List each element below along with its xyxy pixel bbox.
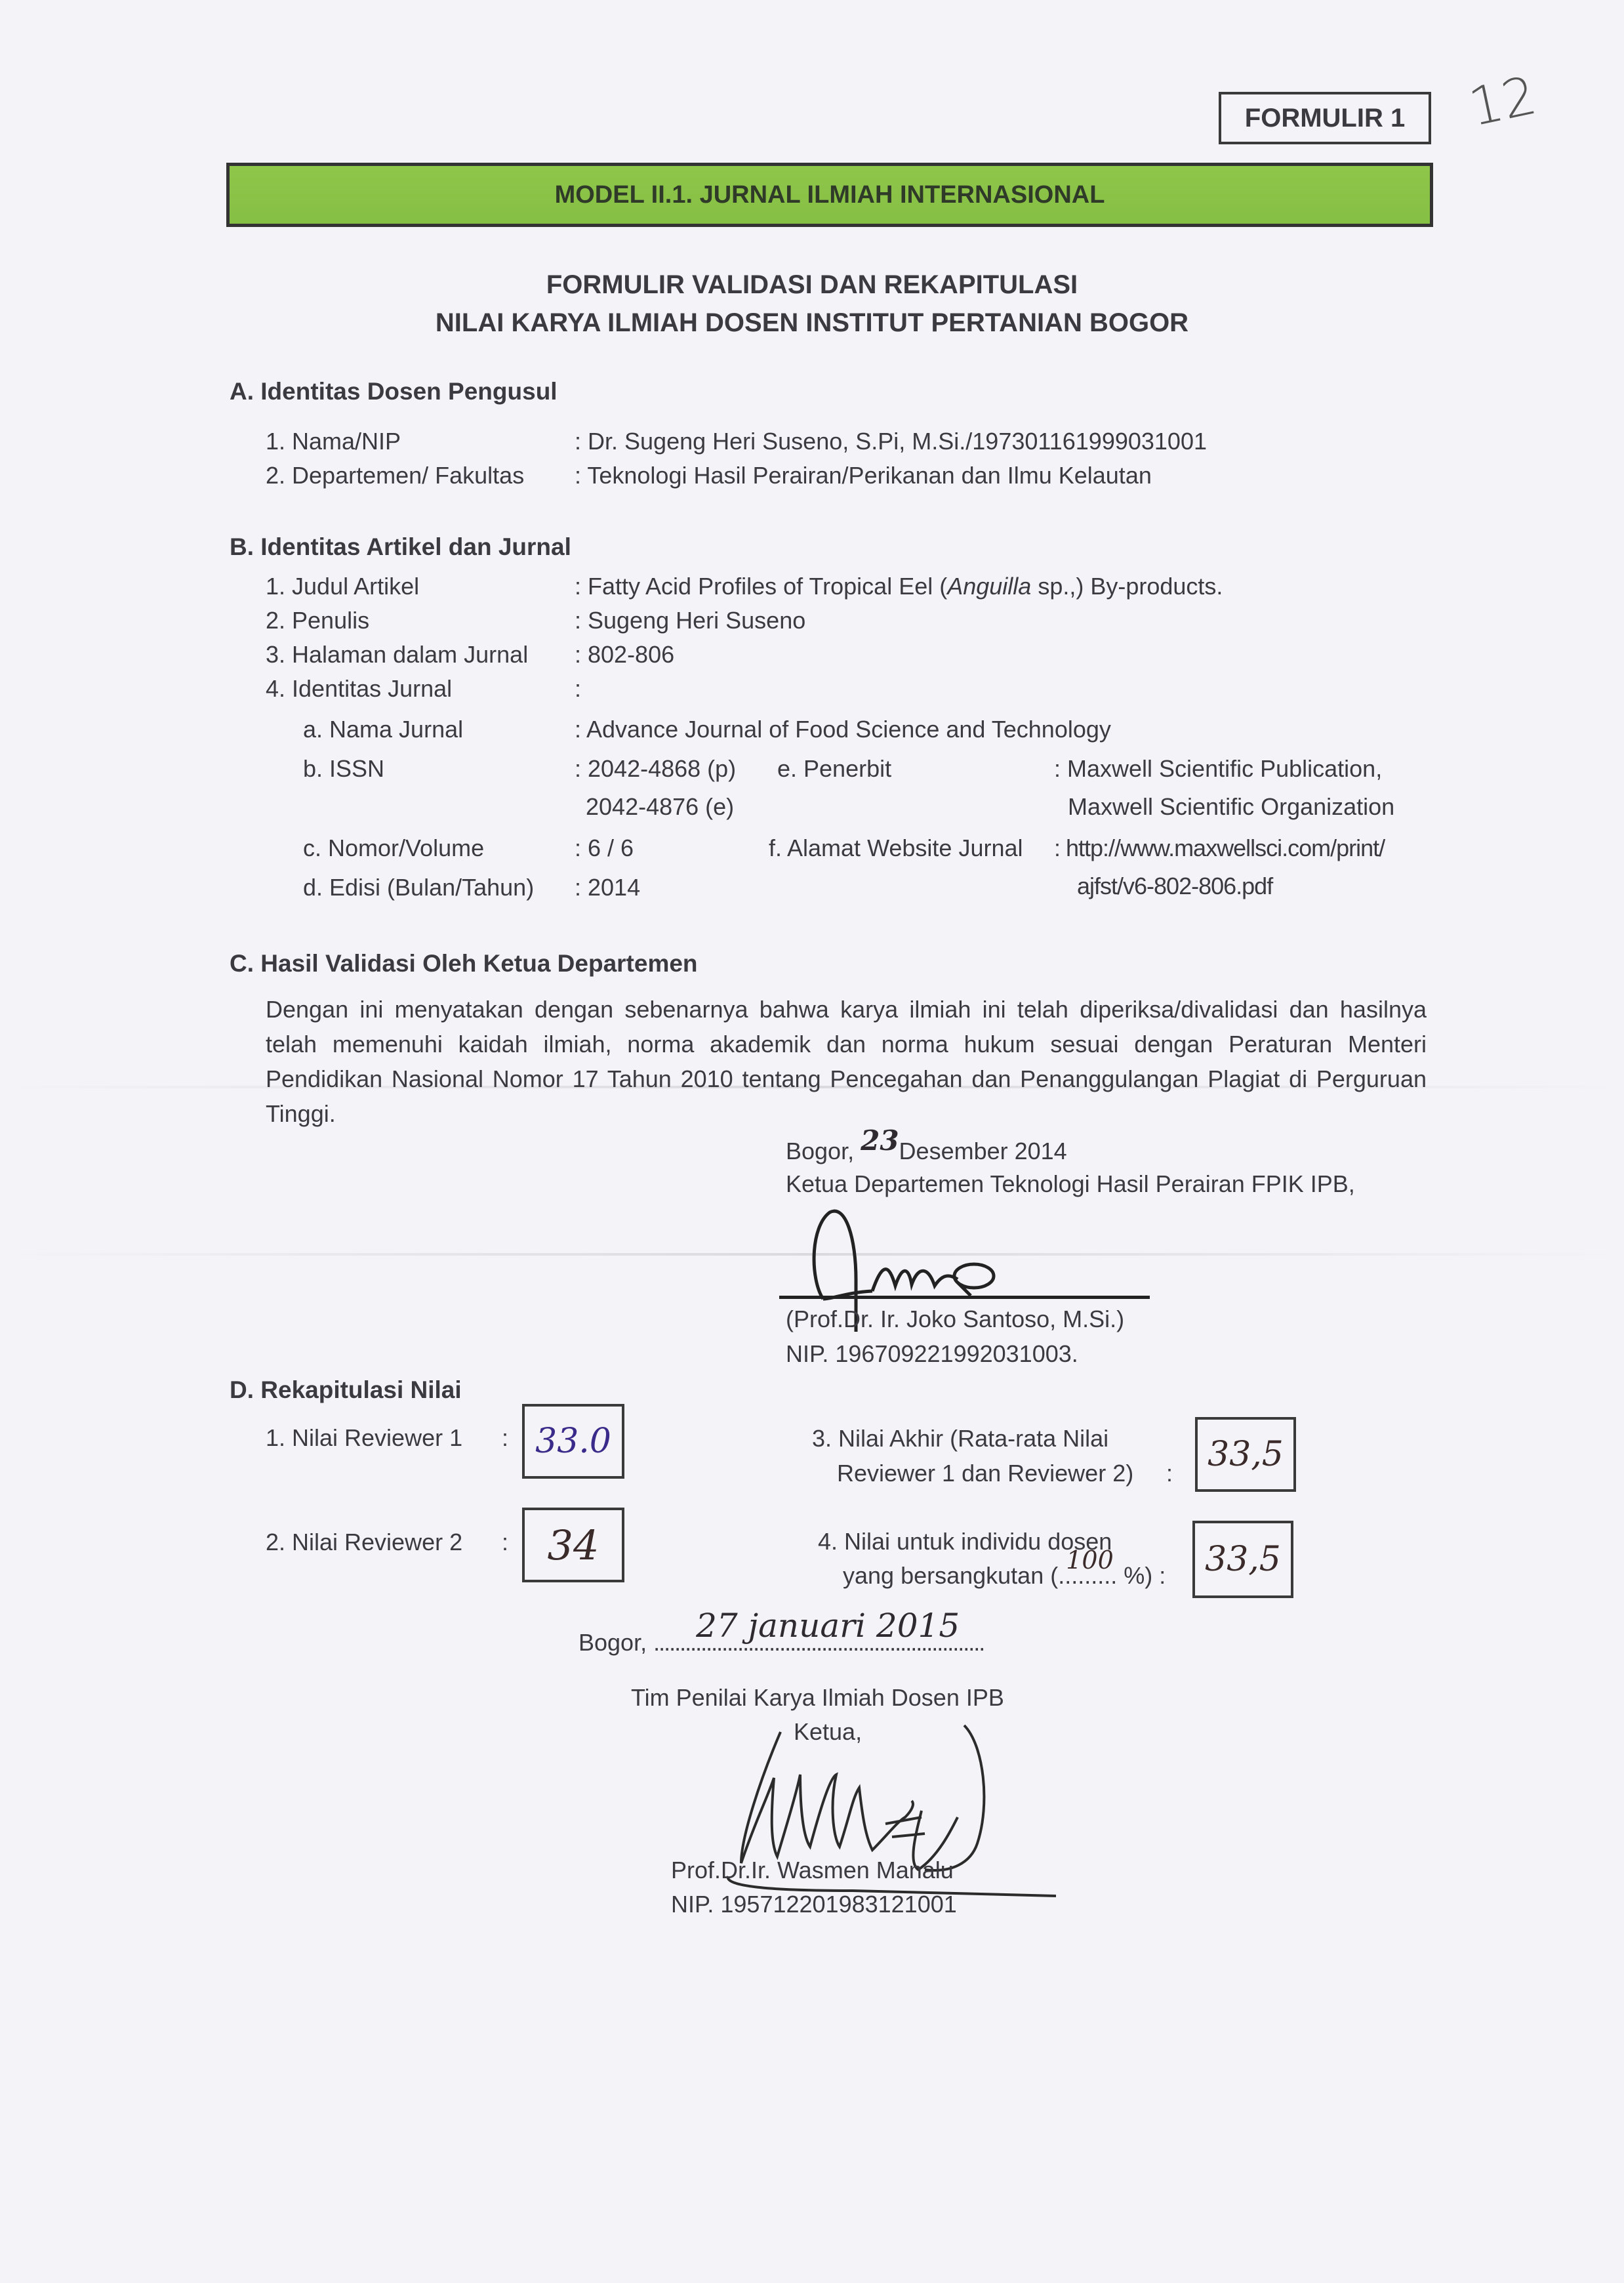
dept-head-title: Ketua Departemen Teknologi Hasil Peraira…: [786, 1172, 1355, 1196]
judul-artikel-label: 1. Judul Artikel: [266, 575, 419, 598]
nama-jurnal-value: : Advance Journal of Food Science and Te…: [575, 718, 1111, 741]
assessment-date-field[interactable]: ........................................…: [653, 1629, 984, 1656]
percent-suffix: %): [1117, 1562, 1152, 1589]
halaman-label: 3. Halaman dalam Jurnal: [266, 643, 528, 667]
document-title-line-2: NILAI KARYA ILMIAH DOSEN INSTITUT PERTAN…: [0, 308, 1624, 338]
assessment-place: Bogor,: [579, 1629, 653, 1656]
reviewer1-label: 1. Nilai Reviewer 1: [266, 1426, 462, 1450]
issn-value-print: : 2042-4868 (p): [575, 757, 736, 781]
nama-jurnal-label: a. Nama Jurnal: [303, 718, 463, 741]
judul-artikel-text-end: sp.,) By-products.: [1031, 573, 1223, 600]
penulis-value: : Sugeng Heri Suseno: [575, 609, 805, 632]
validation-statement: Dengan ini menyatakan dengan sebenarnya …: [266, 992, 1427, 1131]
nama-nip-label: 1. Nama/NIP: [266, 430, 401, 453]
issn-value-electronic: 2042-4876 (e): [586, 795, 734, 819]
identitas-jurnal-value: :: [575, 677, 581, 701]
team-chair-name: Prof.Dr.Ir. Wasmen Manalu: [671, 1859, 954, 1882]
validation-place: Bogor,: [786, 1138, 861, 1164]
validation-date: Bogor, 23Desember 2014: [786, 1136, 1067, 1164]
assessment-date: Bogor, .................................…: [579, 1631, 984, 1655]
reviewer2-colon: :: [502, 1531, 508, 1554]
reviewer2-score-box[interactable]: 34: [522, 1508, 624, 1582]
penulis-label: 2. Penulis: [266, 609, 369, 632]
judul-artikel-text: : Fatty Acid Profiles of Tropical Eel (: [575, 573, 947, 600]
penerbit-label: e. Penerbit: [777, 757, 891, 781]
nomor-volume-label: c. Nomor/Volume: [303, 836, 484, 860]
section-c-heading: C. Hasil Validasi Oleh Ketua Departemen: [230, 951, 698, 976]
handwritten-assessment-date: 27 januari 2015: [696, 1609, 960, 1642]
handwritten-percent: 100: [1066, 1548, 1114, 1573]
judul-artikel-value: : Fatty Acid Profiles of Tropical Eel (A…: [575, 575, 1223, 598]
signature-line: [779, 1296, 1150, 1299]
handwritten-page-number: 12: [1463, 64, 1541, 138]
final-score-label-2: Reviewer 1 dan Reviewer 2): [837, 1462, 1133, 1485]
final-score-box[interactable]: 33,5: [1195, 1417, 1296, 1492]
reviewer2-label: 2. Nilai Reviewer 2: [266, 1531, 462, 1554]
individual-score-box[interactable]: 33,5: [1192, 1521, 1293, 1598]
nomor-volume-value: : 6 / 6: [575, 836, 634, 860]
departemen-label: 2. Departemen/ Fakultas: [266, 464, 524, 487]
judul-artikel-species: Anguilla: [947, 573, 1031, 600]
final-score-label-1: 3. Nilai Akhir (Rata-rata Nilai: [812, 1427, 1108, 1450]
section-d-heading: D. Rekapitulasi Nilai: [230, 1378, 462, 1402]
section-a-heading: A. Identitas Dosen Pengusul: [230, 379, 558, 403]
dept-head-name: (Prof.Dr. Ir. Joko Santoso, M.Si.): [786, 1307, 1124, 1331]
website-label: f. Alamat Website Jurnal: [769, 836, 1023, 860]
section-b-heading: B. Identitas Artikel dan Jurnal: [230, 535, 571, 559]
dept-head-nip: NIP. 196709221992031003.: [786, 1342, 1078, 1366]
individual-percent-field[interactable]: .........100: [1058, 1562, 1117, 1589]
penerbit-value-1: : Maxwell Scientific Publication,: [1054, 757, 1382, 781]
document-title-line-1: FORMULIR VALIDASI DAN REKAPITULASI: [0, 270, 1624, 300]
halaman-value: : 802-806: [575, 643, 674, 667]
identitas-jurnal-label: 4. Identitas Jurnal: [266, 677, 452, 701]
individual-text: yang bersangkutan (: [843, 1562, 1058, 1589]
form-label-box: FORMULIR 1: [1219, 92, 1431, 144]
departemen-value: : Teknologi Hasil Perairan/Perikanan dan…: [575, 464, 1152, 487]
model-header-banner: MODEL II.1. JURNAL ILMIAH INTERNASIONAL: [226, 163, 1433, 227]
issn-label: b. ISSN: [303, 757, 384, 781]
edisi-label: d. Edisi (Bulan/Tahun): [303, 876, 534, 899]
individual-score-label-2: yang bersangkutan (.........100 %) :: [843, 1564, 1166, 1588]
individual-score-colon: :: [1159, 1562, 1166, 1589]
validation-month-year: Desember 2014: [899, 1138, 1067, 1164]
website-link[interactable]: : http://www.maxwellsci.com/print/: [1054, 836, 1385, 860]
reviewer1-colon: :: [502, 1426, 508, 1450]
final-score-colon: :: [1166, 1462, 1173, 1485]
reviewer1-score-box[interactable]: 33.0: [522, 1404, 624, 1479]
edisi-value: : 2014: [575, 876, 640, 899]
team-chair-nip: NIP. 195712201983121001: [671, 1893, 957, 1916]
nama-nip-value: : Dr. Sugeng Heri Suseno, S.Pi, M.Si./19…: [575, 430, 1207, 453]
website-link-continued[interactable]: ajfst/v6-802-806.pdf: [1077, 874, 1272, 898]
penerbit-value-2: Maxwell Scientific Organization: [1068, 795, 1394, 819]
handwritten-day: 23: [861, 1124, 899, 1157]
